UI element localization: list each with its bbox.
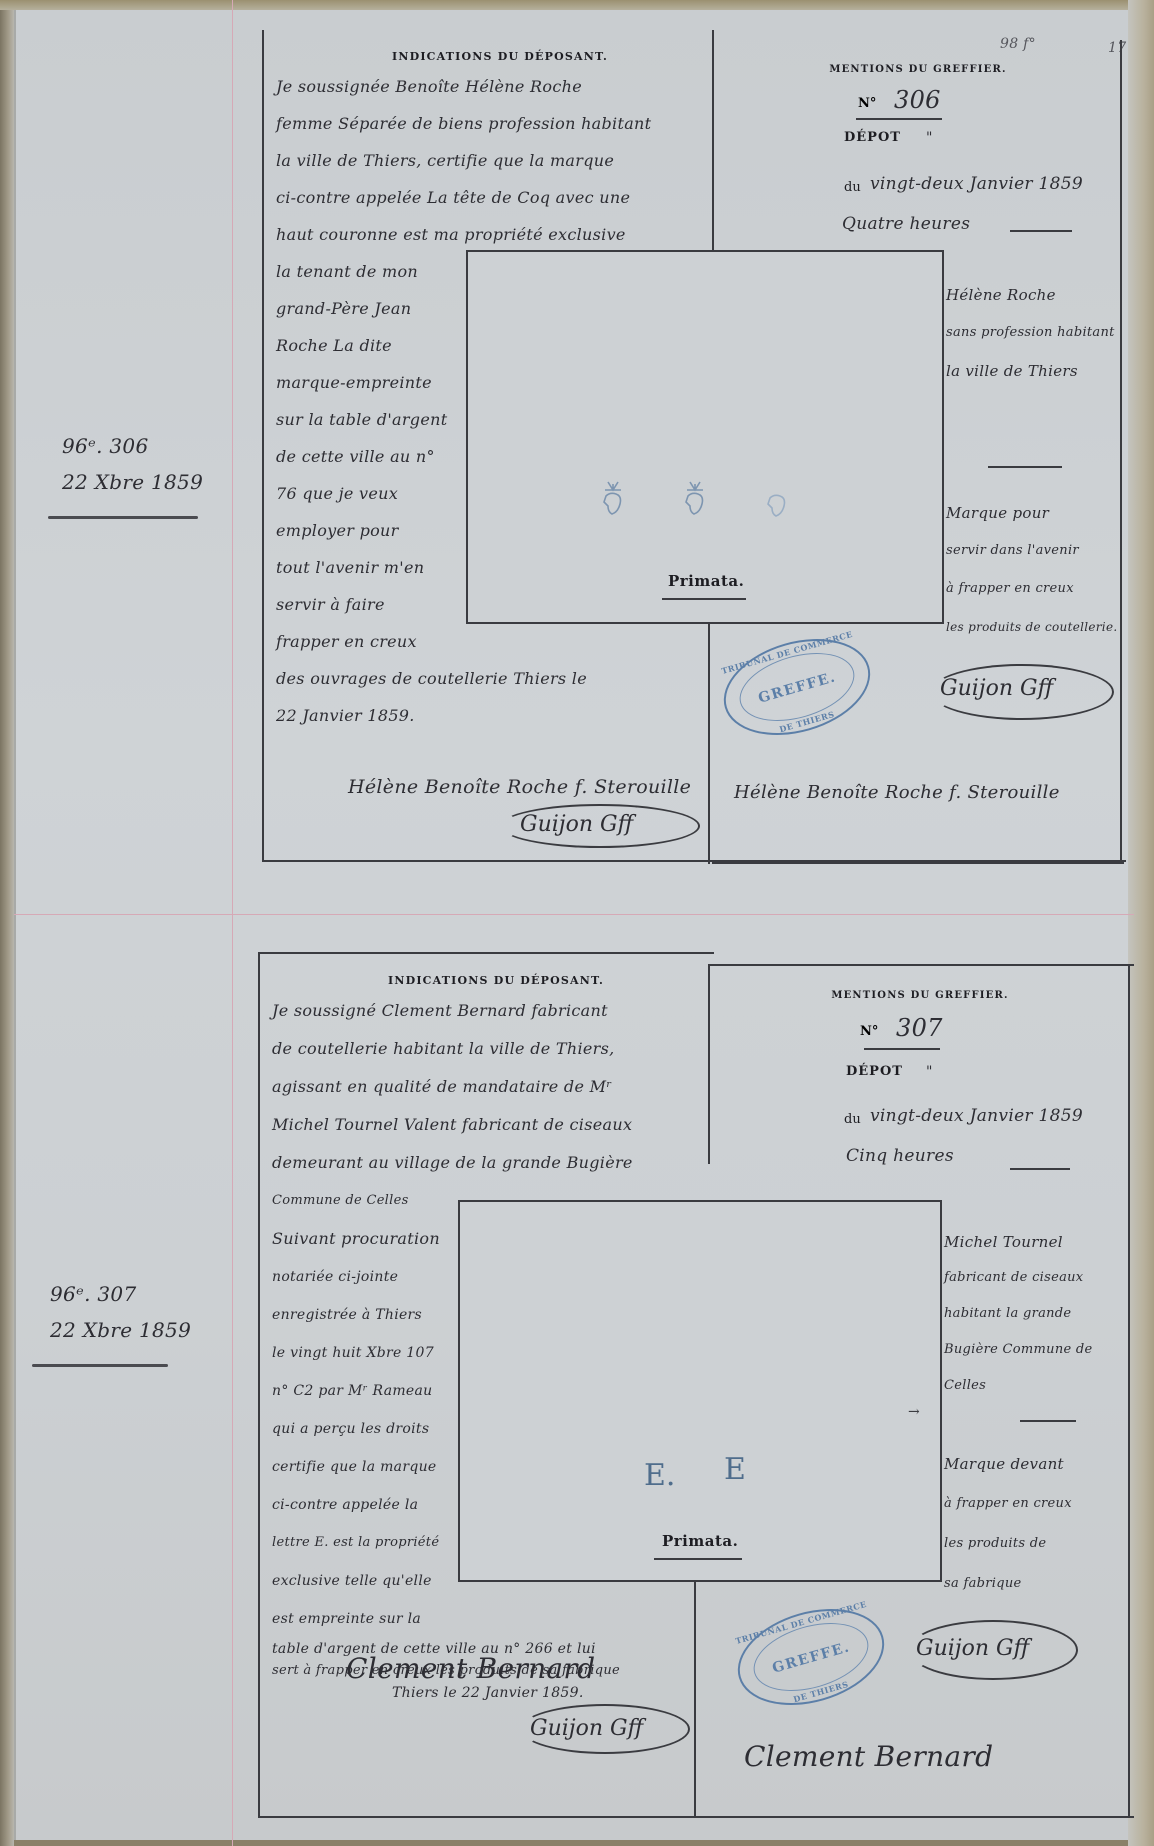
mark-line: servir dans l'avenir — [946, 532, 1117, 570]
deposit-time: Cinq heures — [846, 1146, 954, 1166]
deposant-line: Thiers le 22 Janvier 1859. — [272, 1682, 633, 1704]
greffier-owner-text: Michel Tournel fabricant de ciseaux habi… — [944, 1224, 1093, 1404]
greffier-column-signature: Clement Bernard — [744, 1740, 993, 1773]
column-divider-bottom — [708, 624, 710, 864]
du-label: du — [844, 1112, 861, 1127]
deposit-number-prefix: N° — [860, 1024, 878, 1039]
owner-line: sans profession habitant — [946, 314, 1115, 352]
greffier-heading: MENTIONS DU GREFFIER. — [818, 64, 1018, 75]
greffier-mark-text: Marque pour servir dans l'avenir à frapp… — [946, 494, 1117, 646]
mark-line: les produits de — [944, 1524, 1072, 1564]
owner-line: Michel Tournel — [944, 1224, 1093, 1260]
page-top-edge — [0, 0, 1154, 10]
depot-label: DÉPOT — [846, 1064, 903, 1079]
deposit-date: vingt-deux Janvier 1859 — [870, 174, 1083, 194]
frame-top-right — [708, 964, 1134, 966]
deposit-number-underline — [864, 1048, 940, 1050]
frame-right — [1128, 964, 1130, 1816]
margin-note-underline — [32, 1364, 168, 1367]
deposit-number: 306 — [894, 86, 941, 114]
deposit-date: vingt-deux Janvier 1859 — [870, 1106, 1083, 1126]
margin-note-date: 22 Xbre 1859 — [50, 1312, 191, 1348]
deposant-signature: Clement Bernard — [346, 1652, 595, 1685]
margin-note-number: 96ᵉ. 306 — [62, 428, 203, 464]
deposant-line: femme Séparée de biens profession habita… — [276, 105, 651, 142]
deposant-line: Je soussignée Benoîte Hélène Roche — [276, 68, 651, 105]
mark-letter-e: E — [724, 1452, 746, 1487]
column-divider-top — [712, 30, 714, 250]
book-binding-edge — [0, 0, 14, 1846]
margin-note-date: 22 Xbre 1859 — [62, 464, 203, 500]
crowned-rooster-emblem-icon — [682, 480, 708, 518]
frame-right — [1120, 40, 1122, 864]
margin-note-306: 96ᵉ. 306 22 Xbre 1859 — [62, 428, 203, 500]
depot-label: DÉPOT — [844, 130, 901, 145]
entry-separator-rule — [14, 914, 1134, 915]
mark-line: Marque devant — [944, 1444, 1072, 1484]
margin-rule-vertical — [232, 0, 233, 1846]
depot-ditto-mark: " — [926, 130, 933, 146]
deposant-line: des ouvrages de coutellerie Thiers le — [276, 660, 651, 697]
section-dash — [988, 466, 1062, 468]
margin-note-underline — [48, 516, 198, 519]
primata-label: Primata. — [662, 1532, 738, 1550]
deposant-line: de coutellerie habitant la ville de Thie… — [272, 1030, 633, 1068]
owner-line: Bugière Commune de — [944, 1332, 1093, 1368]
deposant-signature: Hélène Benoîte Roche f. Sterouille — [348, 776, 691, 798]
section-dash — [1020, 1420, 1076, 1422]
deposant-line: haut couronne est ma propriété exclusive — [276, 216, 651, 253]
deposit-number: 307 — [896, 1014, 943, 1042]
paraphe-flourish — [500, 804, 700, 848]
mark-line: sa fabrique — [944, 1564, 1072, 1604]
primata-underline — [654, 1558, 742, 1560]
owner-line: Celles — [944, 1368, 1093, 1404]
deposant-line: Je soussigné Clement Bernard fabricant — [272, 992, 633, 1030]
time-dash — [1010, 1168, 1070, 1170]
owner-line: habitant la grande — [944, 1296, 1093, 1332]
margin-note-307: 96ᵉ. 307 22 Xbre 1859 — [50, 1276, 191, 1348]
trademark-box-307: E. E Primata. — [458, 1200, 942, 1582]
frame-bottom-right — [712, 862, 1124, 864]
deposant-line: Michel Tournel Valent fabricant de cisea… — [272, 1106, 633, 1144]
primata-underline — [662, 598, 746, 600]
du-label: du — [844, 180, 861, 195]
deposant-line: 22 Janvier 1859. — [276, 697, 651, 734]
column-divider-top — [708, 964, 710, 1164]
arrow-pointer-icon: → — [908, 1404, 920, 1420]
mark-line: à frapper en creux — [946, 570, 1117, 608]
greffier-heading: MENTIONS DU GREFFIER. — [820, 990, 1020, 1001]
column-divider-bottom — [694, 1582, 696, 1818]
mark-letter-e: E. — [644, 1458, 675, 1493]
owner-line: fabricant de ciseaux — [944, 1260, 1093, 1296]
paraphe-flourish — [520, 1704, 690, 1754]
deposit-number-underline — [856, 118, 942, 120]
paraphe-flourish — [930, 664, 1114, 720]
deposant-line: ci-contre appelée La tête de Coq avec un… — [276, 179, 651, 216]
deposant-line: est empreinte sur la — [272, 1600, 633, 1638]
depot-ditto-mark: " — [926, 1064, 933, 1080]
paraphe-flourish — [908, 1620, 1078, 1680]
mark-line: à frapper en creux — [944, 1484, 1072, 1524]
deposant-line: frapper en creux — [276, 623, 651, 660]
crowned-rooster-emblem-icon — [600, 480, 626, 518]
greffier-column-signature: Hélène Benoîte Roche f. Sterouille — [734, 782, 1060, 803]
greffier-owner-text: Hélène Roche sans profession habitant la… — [946, 276, 1115, 390]
deposant-heading: INDICATIONS DU DÉPOSANT. — [366, 974, 626, 987]
owner-line: Hélène Roche — [946, 276, 1115, 314]
time-dash — [1010, 230, 1072, 232]
deposant-heading: INDICATIONS DU DÉPOSANT. — [370, 50, 630, 63]
deposant-line: la ville de Thiers, certifie que la marq… — [276, 142, 651, 179]
deposit-time: Quatre heures — [842, 214, 970, 234]
mark-line: les produits de coutellerie. — [946, 608, 1117, 646]
primata-label: Primata. — [668, 572, 744, 590]
deposit-number-prefix: N° — [858, 96, 876, 111]
trademark-box-306: Primata. — [466, 250, 944, 624]
frame-top-left — [258, 952, 714, 954]
deposant-line: agissant en qualité de mandataire de Mʳ — [272, 1068, 633, 1106]
deposant-line: demeurant au village de la grande Bugièr… — [272, 1144, 633, 1182]
mark-line: Marque pour — [946, 494, 1117, 532]
rooster-head-emblem-icon — [764, 488, 790, 526]
greffier-mark-text: Marque devant à frapper en creux les pro… — [944, 1444, 1072, 1604]
owner-line: la ville de Thiers — [946, 352, 1115, 390]
margin-note-number: 96ᵉ. 307 — [50, 1276, 191, 1312]
